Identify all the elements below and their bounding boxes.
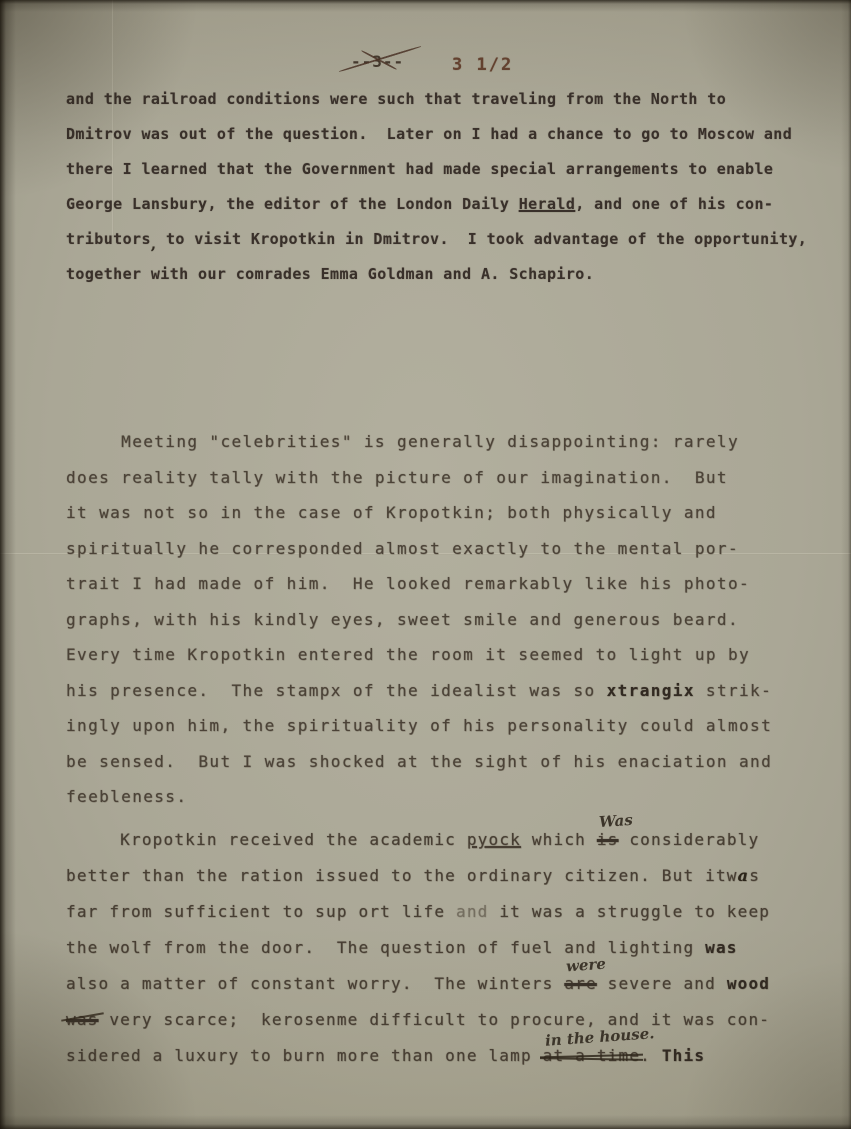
text-line: trait I had made of him. He looked remar… xyxy=(66,566,772,602)
text-line: feebleness. xyxy=(66,779,772,815)
text-line: Dmitrov was out of the question. Later o… xyxy=(66,117,807,152)
text-line: his presence. The stampx of the idealist… xyxy=(66,673,772,709)
struck-text: was xyxy=(66,1002,99,1038)
text-line: there I learned that the Government had … xyxy=(66,152,807,187)
text-line: be sensed. But I was shocked at the sigh… xyxy=(66,744,772,780)
text-line: was very scarce; kerosenme difficult to … xyxy=(66,1002,770,1038)
text-segment: severe and xyxy=(597,974,727,993)
text-segment: does reality tally with the picture of o… xyxy=(66,468,728,487)
document-scan: --3-- 3 1/2 and the railroad conditions … xyxy=(0,0,851,1129)
text-line: far from sufficient to sup ort life and … xyxy=(66,894,770,930)
page-mark-text: --3-- xyxy=(351,52,404,71)
text-line: and the railroad conditions were such th… xyxy=(66,82,807,117)
text-segment: far from sufficient to sup ort life xyxy=(66,902,456,921)
handwritten-mark: , xyxy=(151,235,157,253)
text-segment: to visit Kropotkin in Dmitrov. I took ad… xyxy=(157,230,808,248)
text-segment: which xyxy=(521,830,597,849)
paragraph-2: Meeting "celebrities" is generally disap… xyxy=(66,424,772,815)
text-line: spiritually he corresponded almost exact… xyxy=(66,531,772,567)
text-line: Every time Kropotkin entered the room it… xyxy=(66,637,772,673)
paragraph-3: Kropotkin received the academic pyock wh… xyxy=(66,822,770,1074)
crossed-out-page-mark: --3-- xyxy=(351,52,404,71)
text-segment: also a matter of constant worry. The win… xyxy=(66,974,564,993)
text-line: together with our comrades Emma Goldman … xyxy=(66,257,807,292)
text-segment: considerably xyxy=(619,830,760,849)
text-segment: tributors xyxy=(66,230,151,248)
text-line: Kropotkin received the academic pyock wh… xyxy=(66,822,770,858)
text-segment: better than the ration issued to the ord… xyxy=(66,866,738,885)
text-segment: wood xyxy=(727,974,770,993)
text-segment: it was not so in the case of Kropotkin; … xyxy=(66,503,717,522)
text-segment: George Lansbury, the editor of the Londo… xyxy=(66,195,519,213)
text-segment: feebleness. xyxy=(66,787,187,806)
text-segment: very scarce; kerosenme difficult to proc… xyxy=(99,1010,771,1029)
text-segment: Meeting "celebrities" is generally disap… xyxy=(66,432,739,451)
handwritten-correction: were xyxy=(565,946,607,985)
corrected-text: arewere xyxy=(564,966,597,1002)
text-line: the wolf from the door. The question of … xyxy=(66,930,770,966)
text-segment: there I learned that the Government had … xyxy=(66,160,773,178)
text-segment: , and one of his con- xyxy=(575,195,773,213)
handwritten-correction: Was xyxy=(598,802,634,840)
corrected-text: isWas xyxy=(597,822,619,858)
text-segment: s xyxy=(749,866,760,885)
text-line: it was not so in the case of Kropotkin; … xyxy=(66,495,772,531)
text-segment: together with our comrades Emma Goldman … xyxy=(66,265,594,283)
text-segment: strik- xyxy=(695,681,772,700)
paragraph-1: and the railroad conditions were such th… xyxy=(66,82,807,292)
page-number: 3 1/2 xyxy=(452,55,513,75)
text-line: sidered a luxury to burn more than one l… xyxy=(66,1038,770,1074)
text-segment: the wolf from the door. The question of … xyxy=(66,938,705,957)
text-segment: and xyxy=(456,902,489,921)
text-line: better than the ration issued to the ord… xyxy=(66,858,770,894)
text-line: George Lansbury, the editor of the Londo… xyxy=(66,187,807,222)
handwritten-mark: a xyxy=(738,866,750,885)
text-line: ingly upon him, the spirituality of his … xyxy=(66,708,772,744)
text-line: also a matter of constant worry. The win… xyxy=(66,966,770,1002)
text-line: Meeting "celebrities" is generally disap… xyxy=(66,424,772,460)
text-segment: it was a struggle to keep xyxy=(488,902,770,921)
text-segment: and the railroad conditions were such th… xyxy=(66,90,726,108)
text-segment: ingly upon him, the spirituality of his … xyxy=(66,716,772,735)
text-segment: sidered a luxury to burn more than one l… xyxy=(66,1046,543,1065)
text-line: tributors, to visit Kropotkin in Dmitrov… xyxy=(66,222,807,257)
corrected-text: at a timein the house. xyxy=(543,1038,641,1074)
text-segment: Every time Kropotkin entered the room it… xyxy=(66,645,750,664)
text-segment: trait I had made of him. He looked remar… xyxy=(66,574,750,593)
text-segment: This xyxy=(662,1046,705,1065)
text-segment: Kropotkin received the academic xyxy=(66,830,467,849)
text-segment: Dmitrov was out of the question. Later o… xyxy=(66,125,792,143)
handwritten-correction: in the house. xyxy=(544,1015,656,1059)
text-segment: his presence. The stampx of the idealist… xyxy=(66,681,607,700)
text-segment: be sensed. But I was shocked at the sigh… xyxy=(66,752,772,771)
text-line: graphs, with his kindly eyes, sweet smil… xyxy=(66,602,772,638)
underlined-text: Herald xyxy=(519,195,576,213)
text-segment: xtrangix xyxy=(607,681,695,700)
text-segment: graphs, with his kindly eyes, sweet smil… xyxy=(66,610,739,629)
text-segment: spiritually he corresponded almost exact… xyxy=(66,539,739,558)
text-segment: was xyxy=(705,938,738,957)
text-line: does reality tally with the picture of o… xyxy=(66,460,772,496)
underlined-text: pyock xyxy=(467,830,521,849)
